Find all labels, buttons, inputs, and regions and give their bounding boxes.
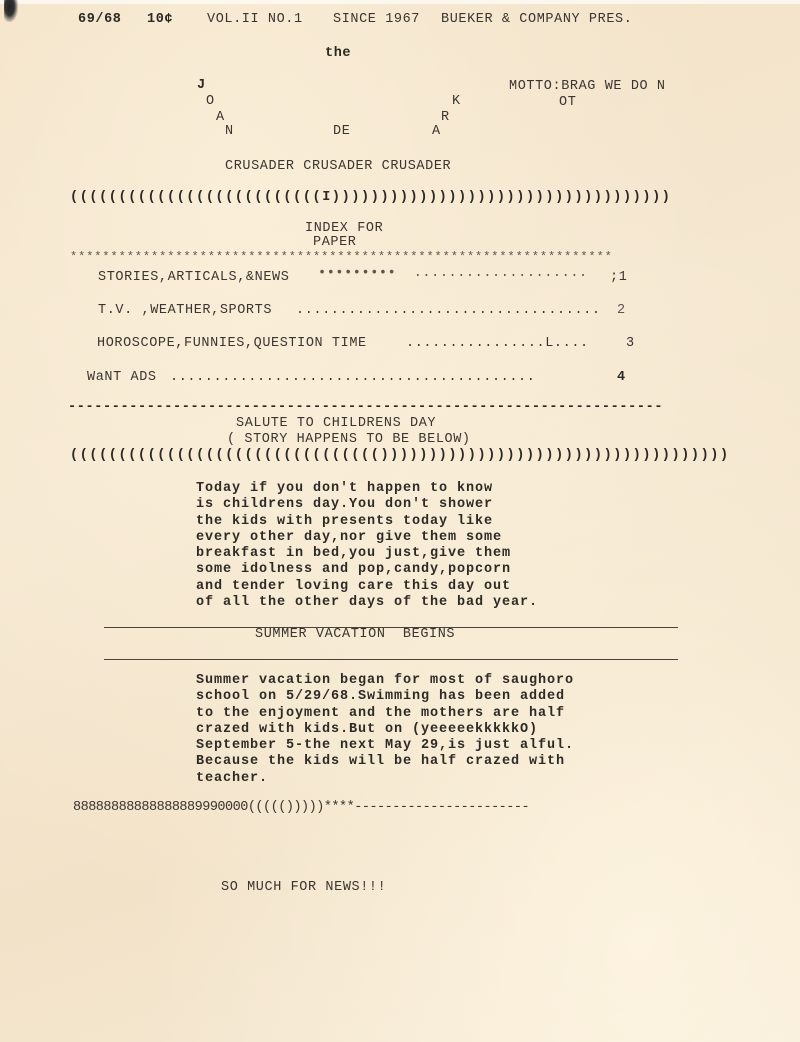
story-body: Today if you don't happen to know is chi… xyxy=(196,481,538,611)
index-item-label: T.V. ,WEATHER,SPORTS xyxy=(98,303,272,319)
index-item-label: STORIES,ARTICALS,&NEWS xyxy=(98,270,289,286)
rule-bottom xyxy=(104,659,678,660)
story-body: Summer vacation began for most of saugho… xyxy=(196,673,574,787)
index-item-label: WaNT ADS xyxy=(87,370,157,386)
masthead-the: the xyxy=(325,46,351,62)
dash-divider: ----------------------------------------… xyxy=(68,400,663,416)
story-line: the kids with presents today like xyxy=(196,514,493,529)
publisher: BUEKER & COMPANY PRES. xyxy=(441,12,632,28)
paper-top-edge xyxy=(0,0,800,4)
paren-divider: ((((((((((((((((((((((((((I)))))))))))))… xyxy=(70,190,671,206)
motto-line-1: MOTTO:BRAG WE DO N xyxy=(509,79,666,95)
story-line: every other day,nor give them some xyxy=(196,530,502,545)
title-letter: K xyxy=(452,94,461,110)
index-item-leader: ................L.... xyxy=(406,336,589,352)
index-item-page: 2 xyxy=(617,303,626,319)
title-letter: J xyxy=(197,78,206,94)
title-letter: O xyxy=(206,94,215,110)
paren-divider: (((((((((((((((((((((((((((((((())))))))… xyxy=(70,448,730,464)
story-line: Summer vacation began for most of saugho… xyxy=(196,673,574,688)
story-line: is childrens day.You don't shower xyxy=(196,497,493,512)
story-line: Today if you don't happen to know xyxy=(196,481,493,496)
story-headline: SALUTE TO CHILDRENS DAY xyxy=(236,416,436,432)
index-item-leader: ................................... xyxy=(296,303,601,319)
story-line: Because the kids will be half crazed wit… xyxy=(196,754,565,769)
title-letter: N xyxy=(225,124,234,140)
since-year: SINCE 1967 xyxy=(333,12,420,28)
title-letter: DE xyxy=(333,124,350,140)
title-letter: R xyxy=(441,110,450,126)
story-subhead: ( STORY HAPPENS TO BE BELOW) xyxy=(227,432,471,448)
story-line: of all the other days of the bad year. xyxy=(196,595,538,610)
story-line: crazed with kids.But on (yeeeeekkkkkO) xyxy=(196,722,538,737)
motto-line-2: OT xyxy=(559,95,576,111)
volume-number: VOL.II NO.1 xyxy=(207,12,303,28)
title-letter: A xyxy=(432,124,441,140)
sign-off: SO MUCH FOR NEWS!!! xyxy=(221,880,386,896)
price: 10¢ xyxy=(147,12,173,28)
story-line: school on 5/29/68.Swimming has been adde… xyxy=(196,689,565,704)
story-line: to the enjoyment and the mothers are hal… xyxy=(196,706,565,721)
index-item-leader: ........................................… xyxy=(170,370,535,386)
story-line: and tender loving care this day out xyxy=(196,579,511,594)
story-line: breakfast in bed,you just,give them xyxy=(196,546,511,561)
title-letter: A xyxy=(216,110,225,126)
index-item-page: 4 xyxy=(617,370,626,386)
index-item-leader: ••••••••• .................... xyxy=(318,266,588,282)
doodle-line: 88888888888888889990000((((()))))****---… xyxy=(73,800,529,816)
ink-smudge xyxy=(4,0,18,22)
masthead-subtitle: CRUSADER CRUSADER CRUSADER xyxy=(225,159,451,175)
index-item-label: HOROSCOPE,FUNNIES,QUESTION TIME xyxy=(97,336,367,352)
story-line: some idolness and pop,candy,popcorn xyxy=(196,562,511,577)
star-divider: ****************************************… xyxy=(70,249,613,265)
index-item-page: 3 xyxy=(626,336,635,352)
story-line: September 5-the next May 29,is just alfu… xyxy=(196,738,574,753)
story-line: teacher. xyxy=(196,771,268,786)
issue-date: 69/68 xyxy=(78,12,122,28)
story-headline: SUMMER VACATION BEGINS xyxy=(255,627,455,643)
index-item-page: ;1 xyxy=(610,270,627,286)
